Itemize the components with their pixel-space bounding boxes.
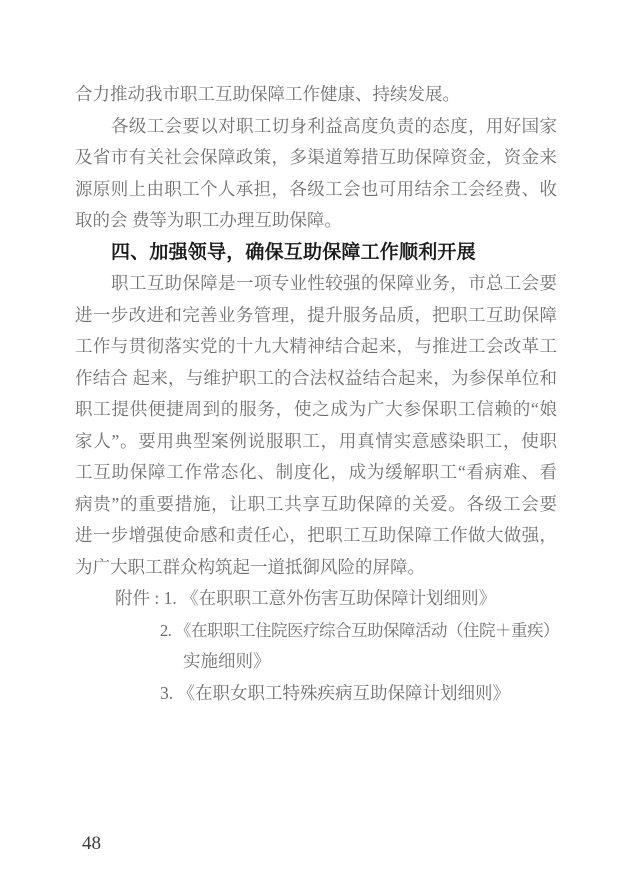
paragraph-3-line: 为广大职工群众构筑起一道抵御风险的屏障。 [75,552,557,584]
paragraph-3-line: 职工提供便捷周到的服务，使之成为广大参保职工信赖的“娘 [75,394,557,426]
paragraph-3-line: 进一步改进和完善业务管理，提升服务品质，把职工互助保障 [75,300,557,332]
paragraph-3-line: 职工互助保障是一项专业性较强的保障业务，市总工会要 [75,268,557,300]
paragraph-1-line: 合力推动我市职工互助保障工作健康、持续发展。 [75,79,557,111]
attachment-list-line: 附件 : 1. 《在职职工意外伤害互助保障计划细则》 [75,583,557,615]
document-body: 合力推动我市职工互助保障工作健康、持续发展。 各级工会要以对职工切身利益高度负责… [75,79,557,709]
paragraph-2-line: 源原则上由职工个人承担，各级工会也可用结余工会经费、收 [75,174,557,206]
paragraph-2-line: 各级工会要以对职工切身利益高度负责的态度，用好国家 [75,111,557,143]
attachment-list-line: 实施细则》 [75,646,557,678]
document-page: 合力推动我市职工互助保障工作健康、持续发展。 各级工会要以对职工切身利益高度负责… [0,0,635,894]
paragraph-3-line: 家人”。要用典型案例说服职工，用真情实意感染职工，使职 [75,426,557,458]
attachment-list-line: 3. 《在职女职工特殊疾病互助保障计划细则》 [75,678,557,710]
attachment-list-line: 2. 《在职职工住院医疗综合互助保障活动（住院＋重疾） [75,615,557,647]
paragraph-2-line: 及省市有关社会保障政策，多渠道筹措互助保障资金，资金来 [75,142,557,174]
paragraph-2-line: 取的会 费等为职工办理互助保障。 [75,205,557,237]
paragraph-3-line: 病贵”的重要措施，让职工共享互助保障的关爱。各级工会要 [75,489,557,521]
section-heading: 四、加强领导，确保互助保障工作顺利开展 [75,237,557,269]
paragraph-3-line: 工互助保障工作常态化、制度化，成为缓解职工“看病难、看 [75,457,557,489]
page-number: 48 [82,828,101,860]
paragraph-3-line: 作结合 起来，与维护职工的合法权益结合起来，为参保单位和 [75,363,557,395]
paragraph-3-line: 进一步增强使命感和责任心，把职工互助保障工作做大做强， [75,520,557,552]
paragraph-3-line: 工作与贯彻落实党的十九大精神结合起来，与推进工会改革工 [75,331,557,363]
